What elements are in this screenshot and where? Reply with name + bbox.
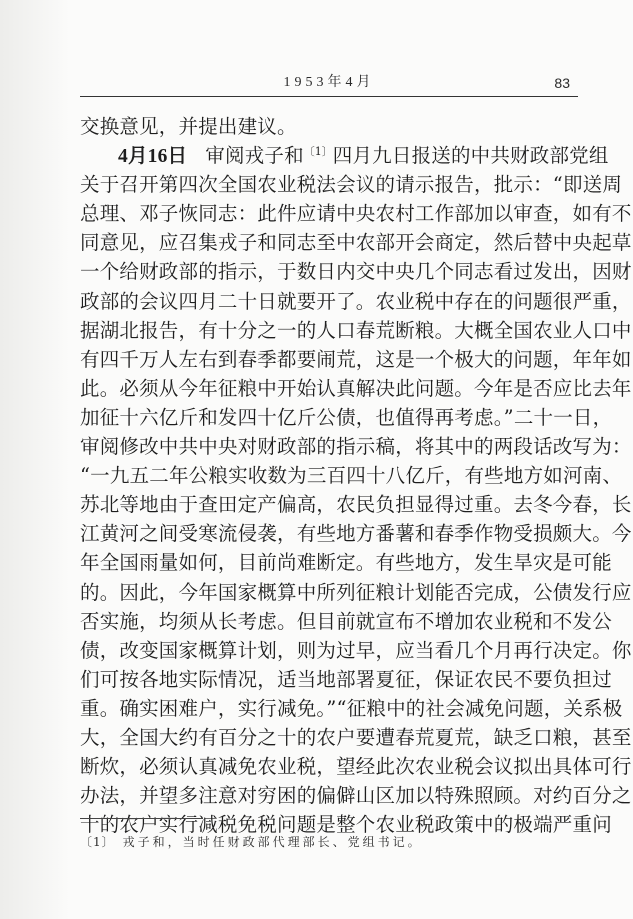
footnote-rule <box>80 818 203 819</box>
entry-date: 4月16日 <box>118 146 187 167</box>
page-edge-shadow <box>0 0 70 919</box>
body-text: 交换意见，并提出建议。 4月16日审阅戎子和〔1〕四月九日报送的中共财政部党组 … <box>80 112 577 839</box>
text-line: 据湖北报告，有十分之一的人口春荒断粮。大概全国农业人口中 <box>80 316 577 345</box>
text-line: 重。确实困难户，实行减免。”“征粮中的社会减免问题，关系极 <box>80 694 577 723</box>
text-line: 否实施，均须从长考虑。但目前就宣布不增加农业税和不发公 <box>80 607 577 636</box>
running-title: 1953年4月 <box>80 72 578 94</box>
text-fragment: 审阅戎子和 <box>205 144 304 167</box>
text-line: 一个给财政部的指示，于数日内交中央几个同志看过发出，因财 <box>80 257 577 286</box>
text-line: 江黄河之间受寒流侵袭，有些地方番薯和春季作物受损颇大。今 <box>80 519 577 548</box>
text-line: 关于召开第四次全国农业税法会议的请示报告，批示：“即送周 <box>80 170 577 199</box>
text-line: 审阅修改中共中央对财政部的指示稿，将其中的两段话改写为： <box>80 432 577 461</box>
text-line: 交换意见，并提出建议。 <box>80 112 577 141</box>
text-fragment: 四月九日报送的中共财政部党组 <box>333 144 609 167</box>
text-line: 大，全国大约有百分之十的农户要遭春荒夏荒，缺乏口粮，甚至 <box>80 723 577 752</box>
text-line: “一九五二年公粮实收数为三百四十八亿斤，有些地方如河南、 <box>80 461 577 490</box>
text-line: 债，改变国家概算计划，则为过早，应当看几个月再行决定。你 <box>80 636 577 665</box>
text-line: 总理、邓子恢同志：此件应请中央农村工作部加以审查，如有不 <box>80 199 577 228</box>
text-line: 有四千万人左右到春季都要闹荒，这是一个极大的问题，年年如 <box>80 345 577 374</box>
text-line: 政部的会议四月二十日就要开了。农业税中存在的问题很严重， <box>80 287 577 316</box>
text-line: 此。必须从今年征粮中开始认真解决此问题。今年是否应比去年 <box>80 374 577 403</box>
text-line: 的。因此，今年国家概算中所列征粮计划能否完成，公债发行应 <box>80 578 577 607</box>
text-line: 年全国雨量如何，目前尚难断定。有些地方，发生旱灾是可能 <box>80 548 577 577</box>
footnote-reference[interactable]: 〔1〕 <box>304 145 333 158</box>
text-line: 同意见，应召集戎子和同志至中农部开会商定，然后替中央起草 <box>80 228 577 257</box>
footnote: 〔1〕戎子和，当时任财政部代理部长、党组书记。 <box>80 832 423 852</box>
header-rule <box>80 96 578 97</box>
text-line: 苏北等地由于查田定产偏高，农民负担显得过重。去冬今春，长 <box>80 490 577 519</box>
text-line: 们可按各地实际情况，适当地部署夏征，保证农民不要负担过 <box>80 665 577 694</box>
entry-first-line: 4月16日审阅戎子和〔1〕四月九日报送的中共财政部党组 <box>80 141 577 170</box>
text-line: 办法，并望多注意对穷困的偏僻山区加以特殊照顾。对约百分之 <box>80 781 577 810</box>
running-header: 1953年4月 83 <box>80 72 578 96</box>
page-number: 83 <box>554 72 570 94</box>
text-line: 加征十六亿斤和发四十亿斤公债，也值得再考虑。”二十一日， <box>80 403 577 432</box>
text-line: 断炊，必须认真减免农业税，望经此次农业税会议拟出具体可行 <box>80 752 577 781</box>
footnote-text: 戎子和，当时任财政部代理部长、党组书记。 <box>123 835 423 849</box>
footnote-marker: 〔1〕 <box>80 835 115 849</box>
